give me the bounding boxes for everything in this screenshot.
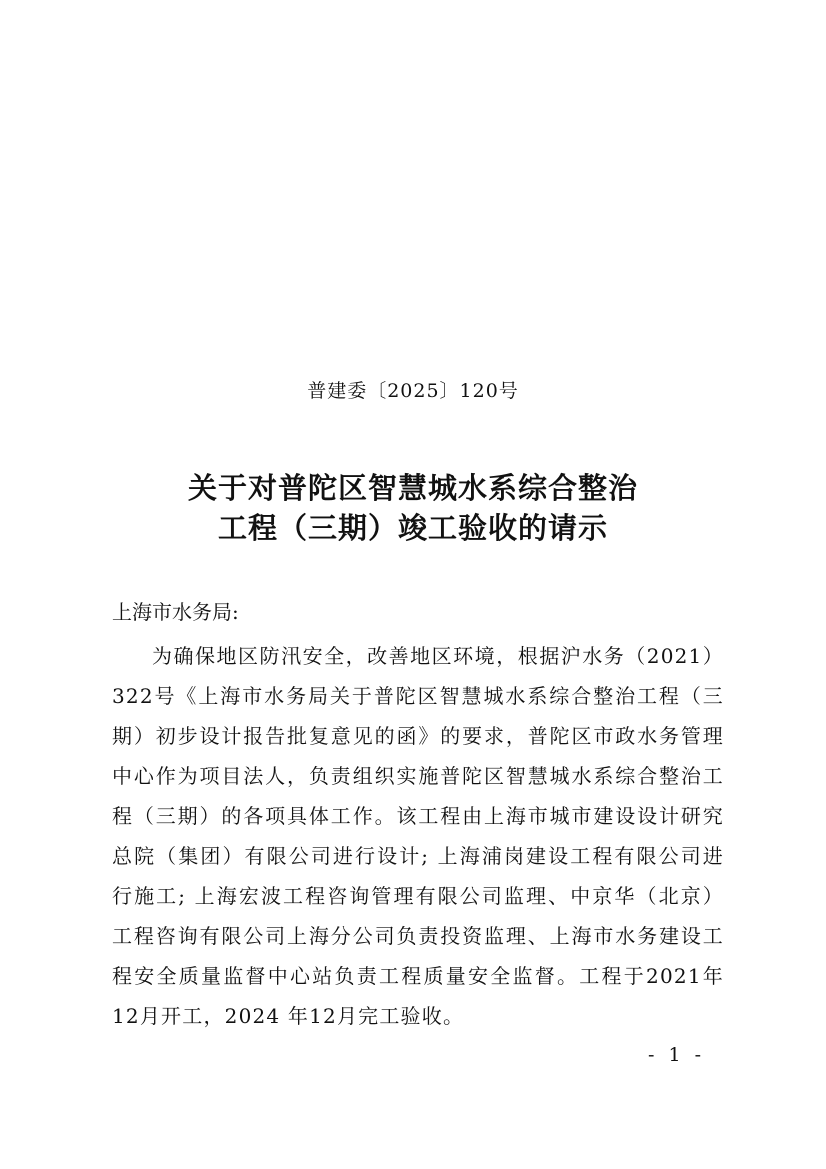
title-line: 工程（三期）竣工验收的请示 (0, 508, 826, 548)
document-title: 关于对普陀区智慧城水系综合整治 工程（三期）竣工验收的请示 (0, 468, 826, 548)
body-line: 程（三期）的各项具体工作。该工程由上海市城市建设设计研究 (112, 796, 724, 836)
body-line: 工程咨询有限公司上海分公司负责投资监理、上海市水务建设工 (112, 916, 724, 956)
document-number: 普建委〔2025〕120号 (0, 376, 826, 403)
body-paragraph: 为确保地区防汛安全，改善地区环境，根据沪水务（2021） 322号《上海市水务局… (112, 636, 724, 1036)
body-line: 12月开工，2024 年12月完工验收。 (112, 996, 724, 1036)
body-line: 期）初步设计报告批复意见的函》的要求，普陀区市政水务管理 (112, 716, 724, 756)
body-line: 总院（集团）有限公司进行设计; 上海浦岗建设工程有限公司进 (112, 836, 724, 876)
body-line: 中心作为项目法人，负责组织实施普陀区智慧城水系综合整治工 (112, 756, 724, 796)
recipient: 上海市水务局: (112, 596, 239, 625)
body-line: 行施工; 上海宏波工程咨询管理有限公司监理、中京华（北京） (112, 876, 724, 916)
body-line: 程安全质量监督中心站负责工程质量安全监督。工程于2021年 (112, 956, 724, 996)
body-line: 为确保地区防汛安全，改善地区环境，根据沪水务（2021） (112, 636, 724, 676)
title-line: 关于对普陀区智慧城水系综合整治 (0, 468, 826, 508)
page-number: - 1 - (648, 1044, 705, 1066)
body-line: 322号《上海市水务局关于普陀区智慧城水系综合整治工程（三 (112, 676, 724, 716)
